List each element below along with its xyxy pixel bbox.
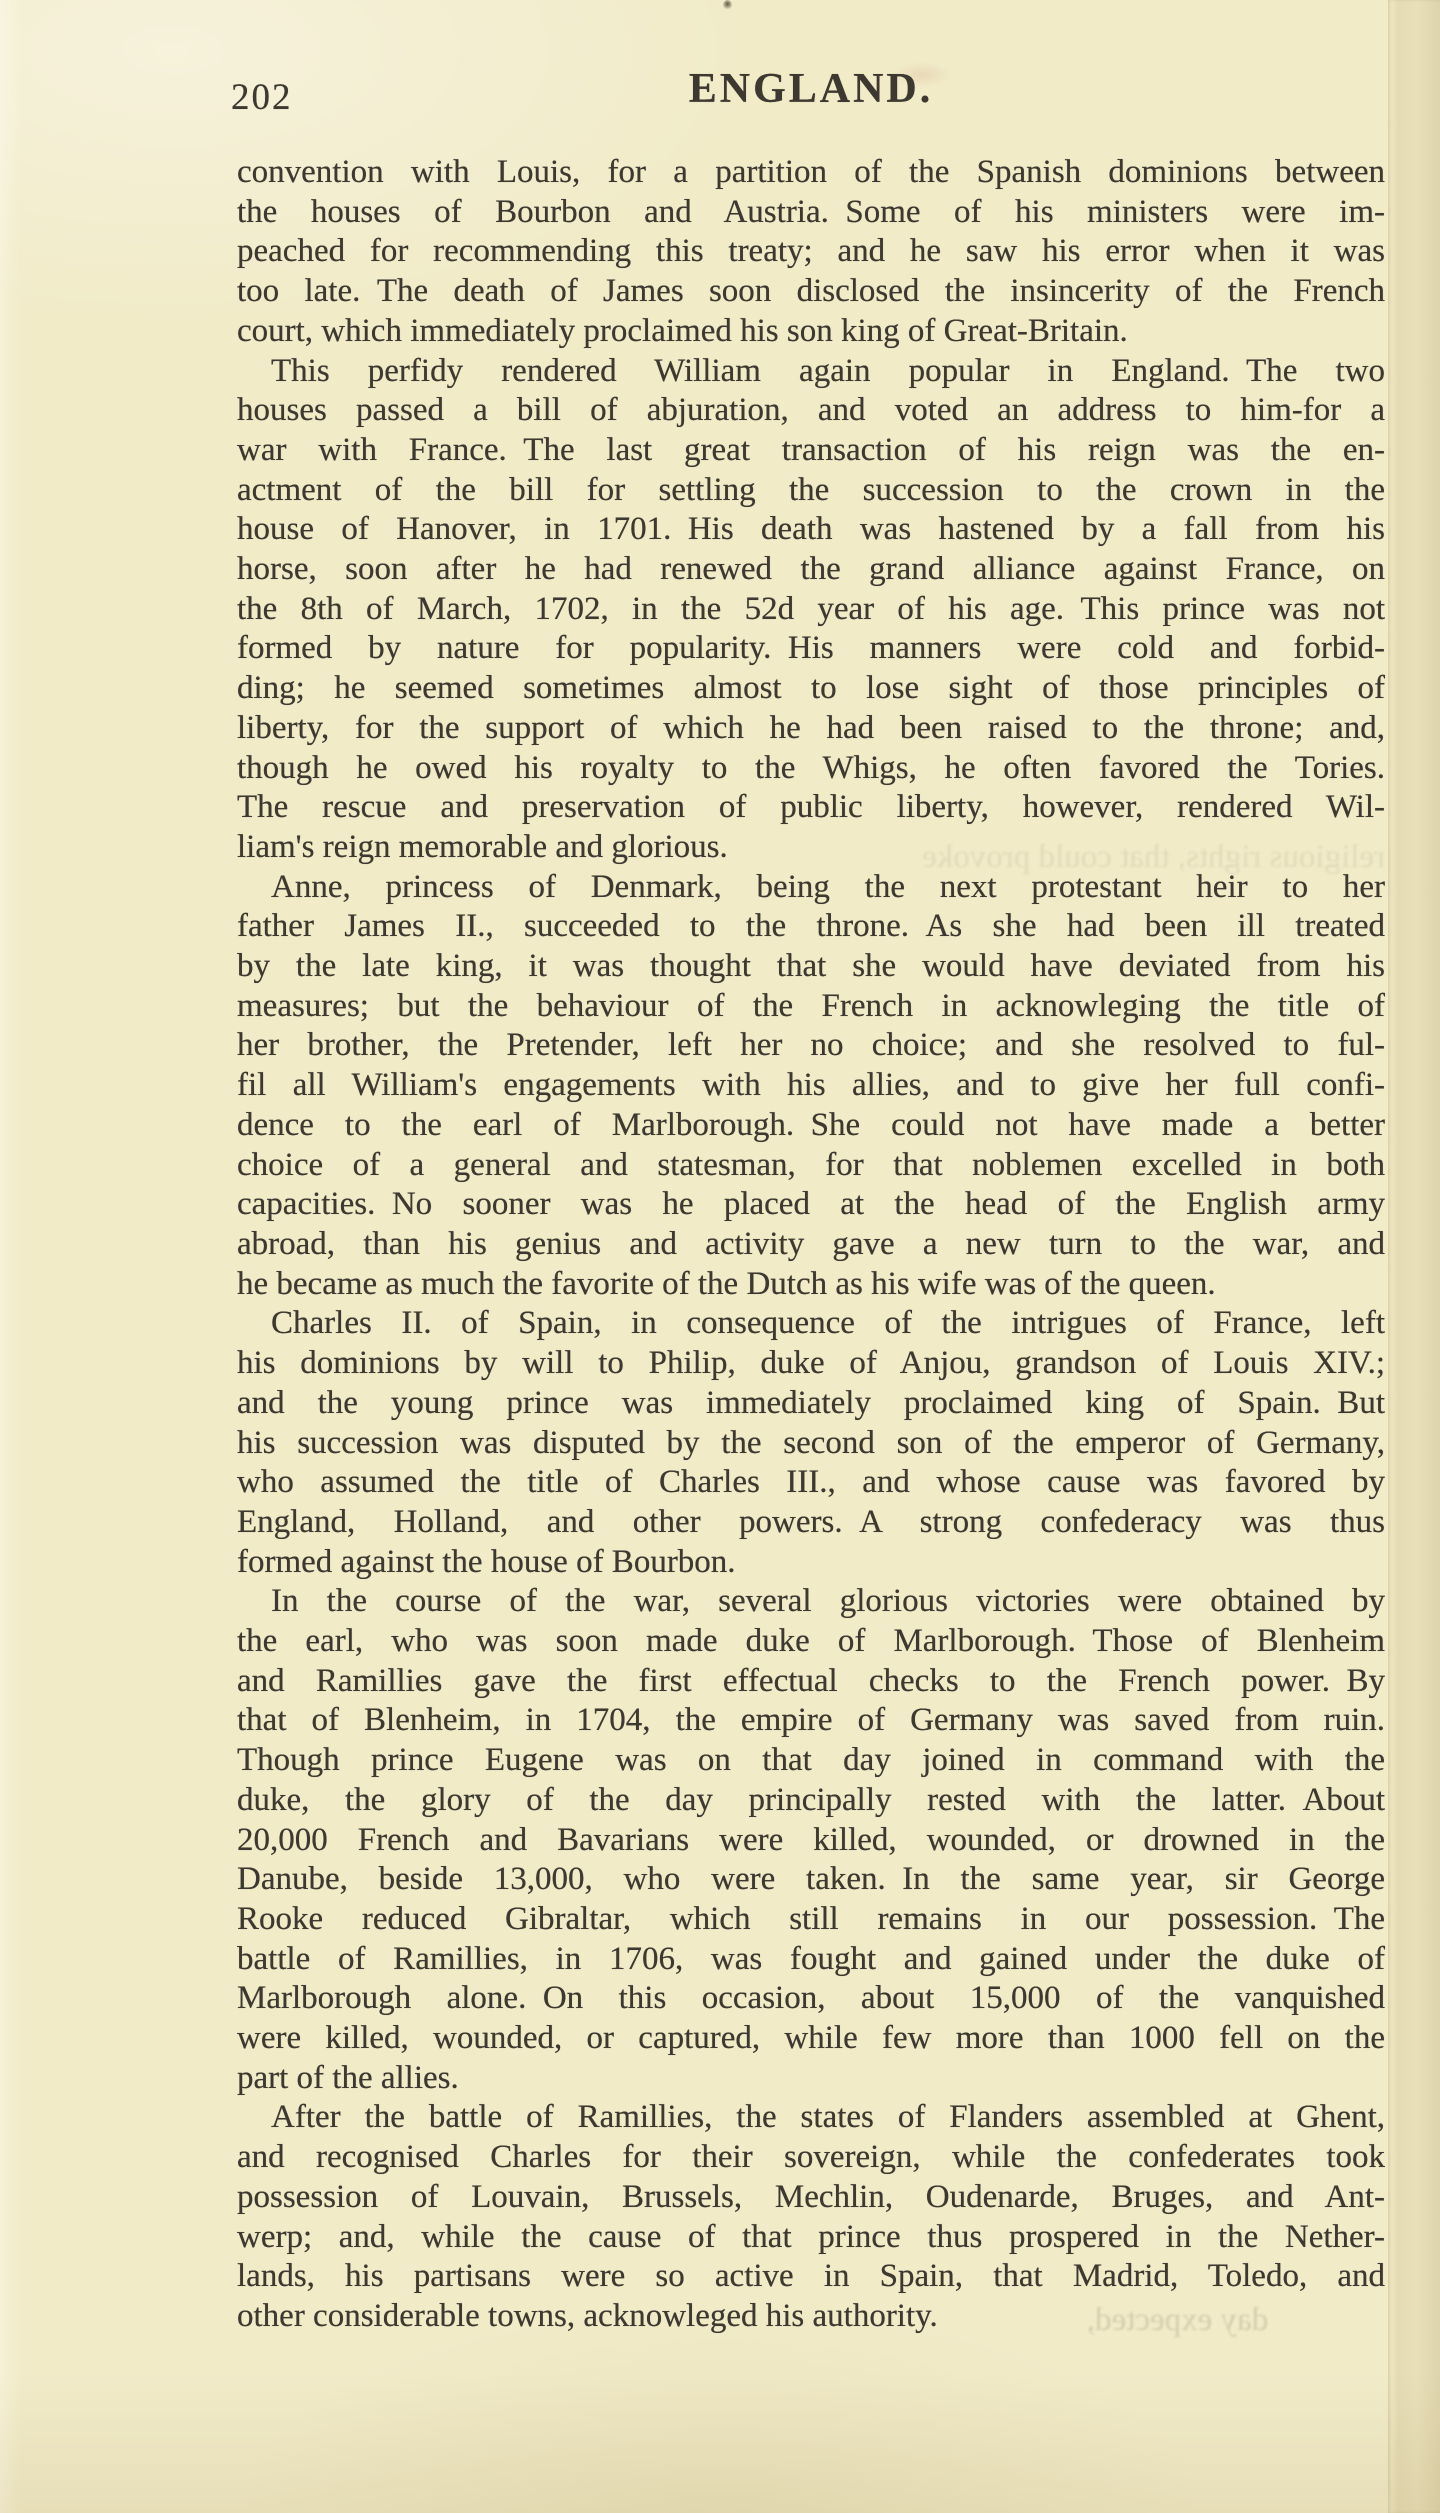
text-line: houses passed a bill of abjuration, and … xyxy=(237,391,1385,431)
text-line: and the young prince was immediately pro… xyxy=(237,1384,1385,1424)
text-line: ding; he seemed sometimes almost to lose… xyxy=(237,669,1385,709)
paragraph: convention with Louis, for a partition o… xyxy=(237,153,1385,352)
text-line: liam's reign memorable and glorious. xyxy=(237,828,1385,868)
text-line: possession of Louvain, Brussels, Mechlin… xyxy=(237,2178,1385,2218)
text-line: house of Hanover, in 1701. His death was… xyxy=(237,510,1385,550)
text-line: measures; but the behaviour of the Frenc… xyxy=(237,987,1385,1027)
text-line: Anne, princess of Denmark, being the nex… xyxy=(237,868,1385,908)
paragraph: After the battle of Ramillies, the state… xyxy=(237,2098,1385,2336)
text-line: After the battle of Ramillies, the state… xyxy=(237,2098,1385,2138)
text-line: his dominions by will to Philip, duke of… xyxy=(237,1344,1385,1384)
paragraph: In the course of the war, several glorio… xyxy=(237,1582,1385,2098)
paragraph: Charles II. of Spain, in consequence of … xyxy=(237,1304,1385,1582)
text-line: Rooke reduced Gibraltar, which still rem… xyxy=(237,1900,1385,1940)
paragraph: This perfidy rendered William again popu… xyxy=(237,352,1385,868)
text-line: war with France. The last great transact… xyxy=(237,431,1385,471)
text-line: dence to the earl of Marlborough. She co… xyxy=(237,1106,1385,1146)
text-line: liberty, for the support of which he had… xyxy=(237,709,1385,749)
text-line: he became as much the favorite of the Du… xyxy=(237,1265,1385,1305)
text-line: horse, soon after he had renewed the gra… xyxy=(237,550,1385,590)
text-line: who assumed the title of Charles III., a… xyxy=(237,1463,1385,1503)
page-bottom-shading xyxy=(0,2373,1440,2513)
text-line: lands, his partisans were so active in S… xyxy=(237,2257,1385,2297)
text-line: formed against the house of Bourbon. xyxy=(237,1543,1385,1583)
text-line: 20,000 French and Bavarians were killed,… xyxy=(237,1821,1385,1861)
text-line: and recognised Charles for their soverei… xyxy=(237,2138,1385,2178)
text-line: formed by nature for popularity. His man… xyxy=(237,629,1385,669)
book-page-scan: 202 ENGLAND. religious rights, that coul… xyxy=(0,0,1440,2513)
text-line: battle of Ramillies, in 1706, was fought… xyxy=(237,1940,1385,1980)
text-line: father James II., succeeded to the thron… xyxy=(237,907,1385,947)
text-line: her brother, the Pretender, left her no … xyxy=(237,1026,1385,1066)
text-line: the 8th of March, 1702, in the 52d year … xyxy=(237,590,1385,630)
text-line: other considerable towns, acknowleged hi… xyxy=(237,2297,1385,2337)
text-line: the earl, who was soon made duke of Marl… xyxy=(237,1622,1385,1662)
body-text: convention with Louis, for a partition o… xyxy=(237,153,1385,2337)
text-line: his succession was disputed by the secon… xyxy=(237,1424,1385,1464)
text-line: too late. The death of James soon disclo… xyxy=(237,272,1385,312)
text-line: by the late king, it was thought that sh… xyxy=(237,947,1385,987)
text-line: peached for recommending this treaty; an… xyxy=(237,232,1385,272)
text-line: fil all William's engagements with his a… xyxy=(237,1066,1385,1106)
text-line: In the course of the war, several glorio… xyxy=(237,1582,1385,1622)
text-line: Charles II. of Spain, in consequence of … xyxy=(237,1304,1385,1344)
text-line: The rescue and preservation of public li… xyxy=(237,788,1385,828)
text-line: were killed, wounded, or captured, while… xyxy=(237,2019,1385,2059)
text-line: part of the allies. xyxy=(237,2059,1385,2099)
text-line: actment of the bill for settling the suc… xyxy=(237,471,1385,511)
text-line: Danube, beside 13,000, who were taken. I… xyxy=(237,1860,1385,1900)
text-line: the houses of Bourbon and Austria. Some … xyxy=(237,193,1385,233)
text-line: Marlborough alone. On this occasion, abo… xyxy=(237,1979,1385,2019)
text-line: England, Holland, and other powers. A st… xyxy=(237,1503,1385,1543)
text-line: capacities. No sooner was he placed at t… xyxy=(237,1185,1385,1225)
page-edge-shadow xyxy=(1388,0,1440,2513)
text-line: choice of a general and statesman, for t… xyxy=(237,1146,1385,1186)
text-line: duke, the glory of the day principally r… xyxy=(237,1781,1385,1821)
running-header: ENGLAND. xyxy=(237,68,1385,110)
text-line: that of Blenheim, in 1704, the empire of… xyxy=(237,1701,1385,1741)
text-line: Though prince Eugene was on that day joi… xyxy=(237,1741,1385,1781)
scan-speck xyxy=(723,0,732,10)
text-line: and Ramillies gave the first effectual c… xyxy=(237,1662,1385,1702)
text-line: though he owed his royalty to the Whigs,… xyxy=(237,749,1385,789)
text-line: convention with Louis, for a partition o… xyxy=(237,153,1385,193)
text-line: court, which immediately proclaimed his … xyxy=(237,312,1385,352)
text-line: abroad, than his genius and activity gav… xyxy=(237,1225,1385,1265)
paragraph: Anne, princess of Denmark, being the nex… xyxy=(237,868,1385,1305)
text-line: werp; and, while the cause of that princ… xyxy=(237,2218,1385,2258)
text-line: This perfidy rendered William again popu… xyxy=(237,352,1385,392)
